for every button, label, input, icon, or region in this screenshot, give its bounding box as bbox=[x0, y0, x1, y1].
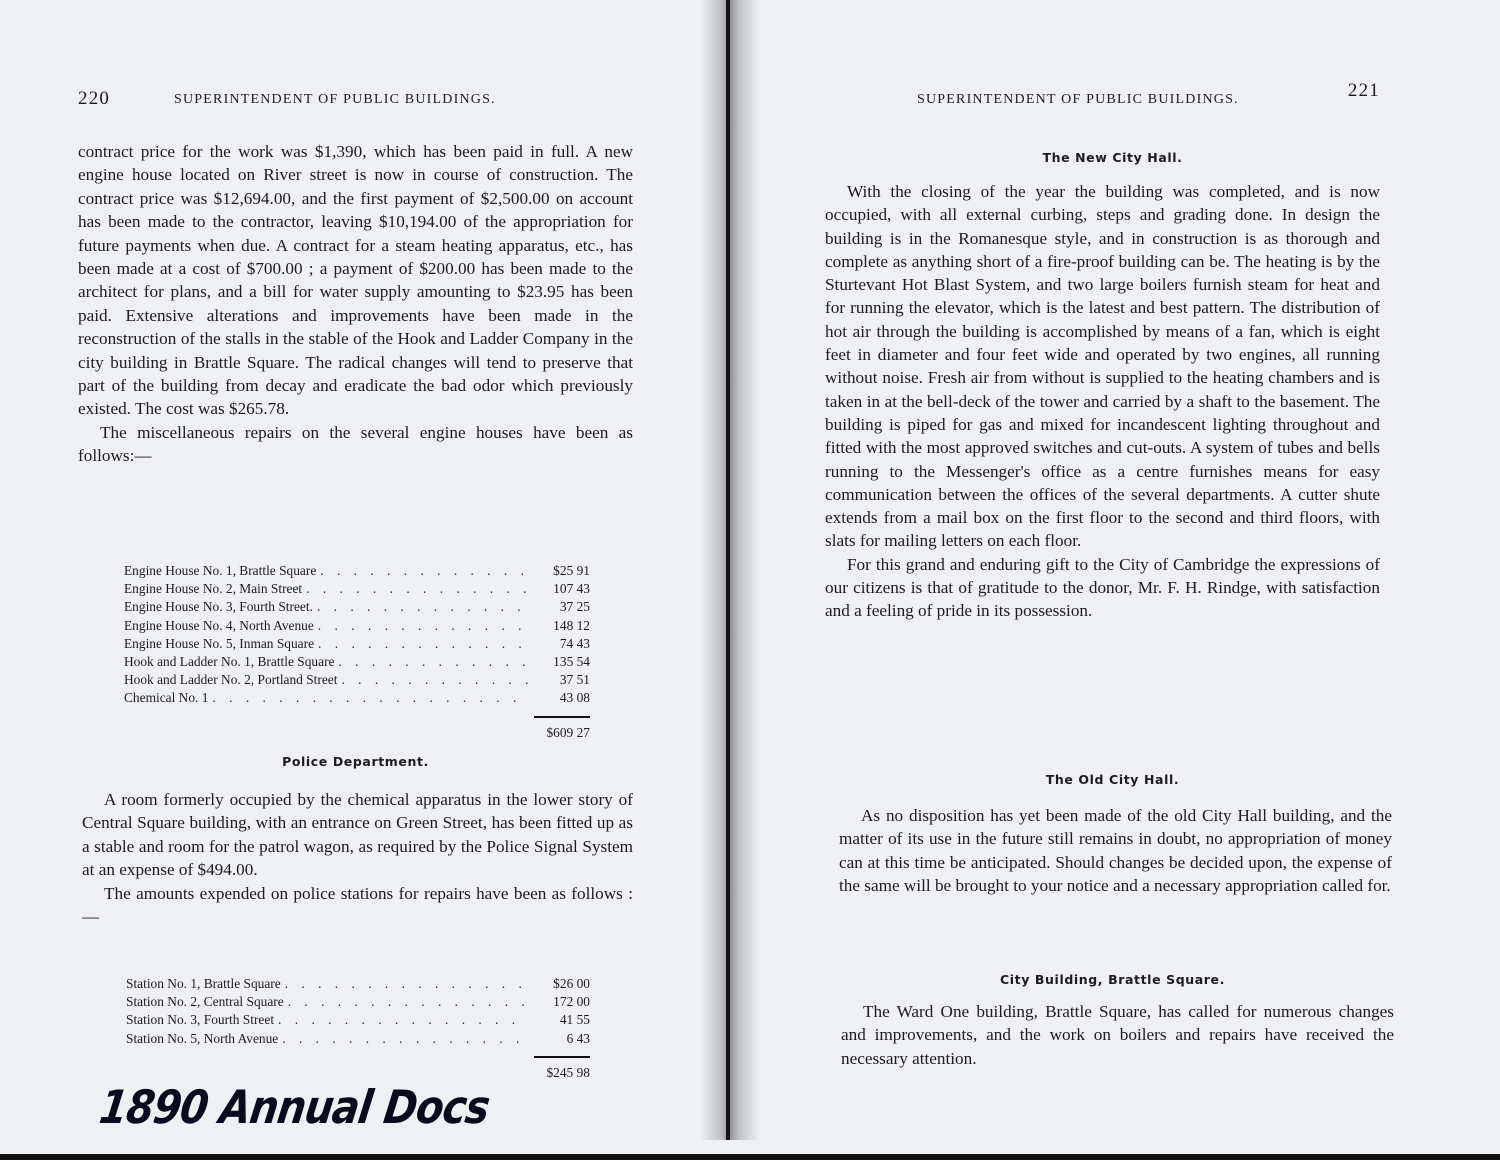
leader-dots: . . . . . . . . . . . . . . . . . . . . … bbox=[317, 598, 528, 616]
leader-dots: . . . . . . . . . . . . . . . . . . . . … bbox=[341, 671, 528, 689]
paragraph: The miscellaneous repairs on the several… bbox=[78, 421, 633, 468]
ledger-total: $609 27 bbox=[124, 724, 590, 742]
old-city-hall-text: As no disposition has yet been made of t… bbox=[839, 804, 1392, 898]
section-heading-police: Police Department. bbox=[78, 754, 633, 769]
page-number: 221 bbox=[1348, 80, 1380, 102]
running-head-title: SUPERINTENDENT OF PUBLIC BUILDINGS. bbox=[917, 92, 1239, 108]
leader-dots: . . . . . . . . . . . . . . . . . . . . … bbox=[318, 617, 528, 635]
ledger-row: Hook and Ladder No. 1, Brattle Square. .… bbox=[124, 653, 590, 671]
ledger-row: Chemical No. 1. . . . . . . . . . . . . … bbox=[124, 689, 590, 707]
leader-dots: . . . . . . . . . . . . . . . . . . . . … bbox=[285, 975, 528, 993]
total-rule bbox=[534, 1056, 590, 1058]
leader-dots: . . . . . . . . . . . . . . . . . . . . … bbox=[338, 653, 528, 671]
ledger-row: Station No. 2, Central Square. . . . . .… bbox=[126, 993, 590, 1011]
paragraph: A room formerly occupied by the chemical… bbox=[82, 788, 633, 882]
book-gutter-shadow bbox=[700, 0, 760, 1140]
page-number: 220 bbox=[78, 88, 110, 110]
right-running-head: SUPERINTENDENT OF PUBLIC BUILDINGS. 221 bbox=[825, 92, 1380, 116]
police-body-text: A room formerly occupied by the chemical… bbox=[82, 788, 633, 928]
ledger-row: Station No. 5, North Avenue. . . . . . .… bbox=[126, 1030, 590, 1048]
ledger-row: Engine House No. 3, Fourth Street.. . . … bbox=[124, 598, 590, 616]
paragraph: The Ward One building, Brattle Square, h… bbox=[841, 1000, 1394, 1070]
engine-repairs-ledger: Engine House No. 1, Brattle Square. . . … bbox=[124, 562, 590, 742]
ledger-total: $245 98 bbox=[126, 1064, 590, 1082]
leader-dots: . . . . . . . . . . . . . . . . . . . . … bbox=[288, 993, 528, 1011]
paragraph: The amounts expended on police stations … bbox=[82, 882, 633, 929]
book-spine-line bbox=[726, 0, 730, 1140]
ledger-row: Engine House No. 2, Main Street. . . . .… bbox=[124, 580, 590, 598]
left-body-text: contract price for the work was $1,390, … bbox=[78, 140, 633, 468]
ledger-row: Station No. 1, Brattle Square. . . . . .… bbox=[126, 975, 590, 993]
ledger-row: Engine House No. 4, North Avenue. . . . … bbox=[124, 617, 590, 635]
paragraph: With the closing of the year the buildin… bbox=[825, 180, 1380, 553]
left-page: 220 SUPERINTENDENT OF PUBLIC BUILDINGS. … bbox=[78, 0, 633, 1150]
paragraph: contract price for the work was $1,390, … bbox=[78, 140, 633, 421]
total-rule bbox=[534, 716, 590, 718]
section-heading-new-city-hall: The New City Hall. bbox=[845, 150, 1380, 165]
handwritten-annotation: 1890 Annual Docs bbox=[96, 1082, 492, 1135]
leader-dots: . . . . . . . . . . . . . . . . . . . . … bbox=[320, 562, 528, 580]
section-heading-city-building: City Building, Brattle Square. bbox=[845, 972, 1380, 987]
ledger-row: Hook and Ladder No. 2, Portland Street. … bbox=[124, 671, 590, 689]
left-running-head: 220 SUPERINTENDENT OF PUBLIC BUILDINGS. bbox=[78, 92, 633, 116]
leader-dots: . . . . . . . . . . . . . . . . . . . . … bbox=[306, 580, 528, 598]
right-page: SUPERINTENDENT OF PUBLIC BUILDINGS. 221 … bbox=[825, 0, 1380, 1150]
ledger-row: Engine House No. 1, Brattle Square. . . … bbox=[124, 562, 590, 580]
paragraph: For this grand and enduring gift to the … bbox=[825, 553, 1380, 623]
new-city-hall-text: With the closing of the year the buildin… bbox=[825, 180, 1380, 623]
section-heading-old-city-hall: The Old City Hall. bbox=[845, 772, 1380, 787]
ledger-row: Station No. 3, Fourth Street. . . . . . … bbox=[126, 1011, 590, 1029]
leader-dots: . . . . . . . . . . . . . . . . . . . . … bbox=[282, 1030, 528, 1048]
city-building-text: The Ward One building, Brattle Square, h… bbox=[841, 1000, 1394, 1070]
running-head-title: SUPERINTENDENT OF PUBLIC BUILDINGS. bbox=[174, 92, 496, 108]
police-repairs-ledger: Station No. 1, Brattle Square. . . . . .… bbox=[126, 975, 590, 1082]
ledger-row: Engine House No. 5, Inman Square. . . . … bbox=[124, 635, 590, 653]
leader-dots: . . . . . . . . . . . . . . . . . . . . … bbox=[318, 635, 528, 653]
scan-bottom-edge bbox=[0, 1154, 1500, 1160]
leader-dots: . . . . . . . . . . . . . . . . . . . . … bbox=[278, 1011, 528, 1029]
leader-dots: . . . . . . . . . . . . . . . . . . . . … bbox=[212, 689, 528, 707]
paragraph: As no disposition has yet been made of t… bbox=[839, 804, 1392, 898]
